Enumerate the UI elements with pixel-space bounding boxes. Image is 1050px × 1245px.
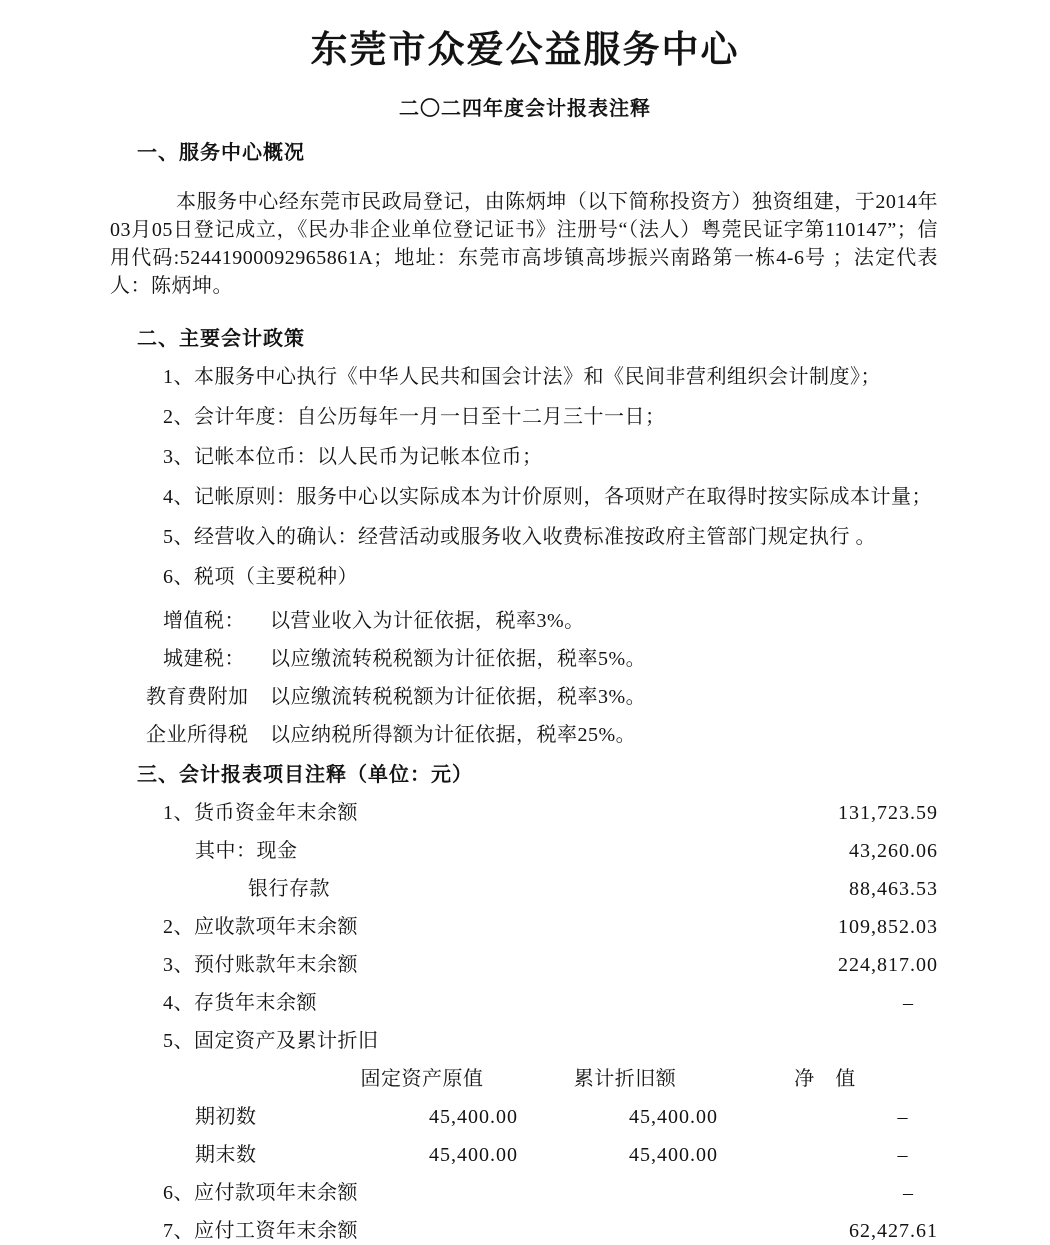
tax-name: 企业所得税 [146,722,270,748]
fixed-assets-table: 固定资产原值 累计折旧额 净 值 期初数 45,400.00 45,400.00… [0,1066,1050,1168]
fa-cell-depreciation: 45,400.00 [518,1142,718,1168]
note-label: 4、存货年末余额 [0,990,317,1016]
fa-header-depreciation: 累计折旧额 [570,1066,680,1092]
policy-item-2: 2、会计年度：自公历每年一月一日至十二月三十一日； [0,404,1050,430]
note-row-prepayments: 3、预付账款年末余额 224,817.00 [0,952,1050,978]
tax-row-income: 企业所得税 以应纳税所得额为计征依据，税率25%。 [0,722,1050,748]
note-value: – [903,1180,938,1206]
note-row-monetary-funds: 1、货币资金年末余额 131,723.59 [0,800,1050,826]
note-row-receivables: 2、应收款项年末余额 109,852.03 [0,914,1050,940]
tax-row-city: 城建税： 以应缴流转税税额为计征依据，税率5%。 [0,646,1050,672]
section2-heading: 二、主要会计政策 [0,326,1050,352]
note-label: 银行存款 [0,876,330,902]
note-label: 2、应收款项年末余额 [0,914,358,940]
note-value: – [903,990,938,1016]
note-rows: 1、货币资金年末余额 131,723.59 其中：现金 43,260.06 银行… [0,800,1050,1054]
policy-item-3: 3、记帐本位币：以人民币为记帐本位币； [0,444,1050,470]
fa-cell-depreciation: 45,400.00 [518,1104,718,1130]
fa-cell-cost: 45,400.00 [305,1104,518,1130]
note-label: 3、预付账款年末余额 [0,952,358,978]
document-title: 东莞市众爱公益服务中心 [0,0,1050,74]
fa-row-opening: 期初数 45,400.00 45,400.00 – [0,1104,1050,1130]
policy-item-5: 5、经营收入的确认：经营活动或服务收入收费标准按政府主管部门规定执行 。 [0,524,1050,550]
note-rows-bottom: 6、应付款项年末余额 – 7、应付工资年末余额 62,427.61 [0,1180,1050,1244]
note-row-payables: 6、应付款项年末余额 – [0,1180,1050,1206]
tax-row-education: 教育费附加 以应缴流转税税额为计征依据，税率3%。 [0,684,1050,710]
fa-row-label: 期初数 [0,1104,305,1130]
note-value: 43,260.06 [849,838,938,864]
document-page: 东莞市众爱公益服务中心 二〇二四年度会计报表注释 一、服务中心概况 本服务中心经… [0,0,1050,1245]
note-label: 1、货币资金年末余额 [0,800,358,826]
note-value: 62,427.61 [849,1218,938,1244]
note-label: 5、固定资产及累计折旧 [0,1028,379,1054]
note-row-fixed-assets-title: 5、固定资产及累计折旧 [0,1028,1050,1054]
note-value: 224,817.00 [838,952,938,978]
tax-desc: 以应纳税所得额为计征依据，税率25%。 [270,722,636,748]
tax-desc: 以应缴流转税税额为计征依据，税率5%。 [270,646,646,672]
fa-row-closing: 期末数 45,400.00 45,400.00 – [0,1142,1050,1168]
note-value: 88,463.53 [849,876,938,902]
note-label: 6、应付款项年末余额 [0,1180,358,1206]
note-label: 其中：现金 [0,838,298,864]
tax-name: 教育费附加 [146,684,270,710]
note-label: 7、应付工资年末余额 [0,1218,358,1244]
policy-item-6: 6、税项（主要税种） [0,564,1050,590]
tax-name: 增值税： [163,608,270,634]
tax-row-vat: 增值税： 以营业收入为计征依据，税率3%。 [0,608,1050,634]
fa-cell-net: – [718,1142,908,1168]
fa-row-label: 期末数 [0,1142,305,1168]
fixed-assets-header-row: 固定资产原值 累计折旧额 净 值 [0,1066,1050,1092]
tax-desc: 以应缴流转税税额为计征依据，税率3%。 [270,684,646,710]
note-row-bank-deposit: 银行存款 88,463.53 [0,876,1050,902]
fa-header-cost: 固定资产原值 [352,1066,492,1092]
note-value: 109,852.03 [838,914,938,940]
overview-paragraph: 本服务中心经东莞市民政局登记，由陈炳坤（以下简称投资方）独资组建，于2014年0… [110,188,938,300]
fa-cell-cost: 45,400.00 [305,1142,518,1168]
section3-heading: 三、会计报表项目注释（单位：元） [0,762,1050,788]
fa-header-net: 净 值 [785,1066,865,1092]
note-row-cash: 其中：现金 43,260.06 [0,838,1050,864]
policy-item-1: 1、本服务中心执行《中华人民共和国会计法》和《民间非营利组织会计制度》； [0,364,1050,390]
section1-heading: 一、服务中心概况 [0,140,1050,166]
document-subtitle: 二〇二四年度会计报表注释 [0,96,1050,122]
note-value: 131,723.59 [838,800,938,826]
policy-item-4: 4、记帐原则：服务中心以实际成本为计价原则，各项财产在取得时按实际成本计量； [0,484,1050,510]
note-row-inventory: 4、存货年末余额 – [0,990,1050,1016]
note-row-wages-payable: 7、应付工资年末余额 62,427.61 [0,1218,1050,1244]
tax-list: 增值税： 以营业收入为计征依据，税率3%。 城建税： 以应缴流转税税额为计征依据… [0,608,1050,748]
tax-desc: 以营业收入为计征依据，税率3%。 [270,608,585,634]
tax-name: 城建税： [163,646,270,672]
fa-cell-net: – [718,1104,908,1130]
